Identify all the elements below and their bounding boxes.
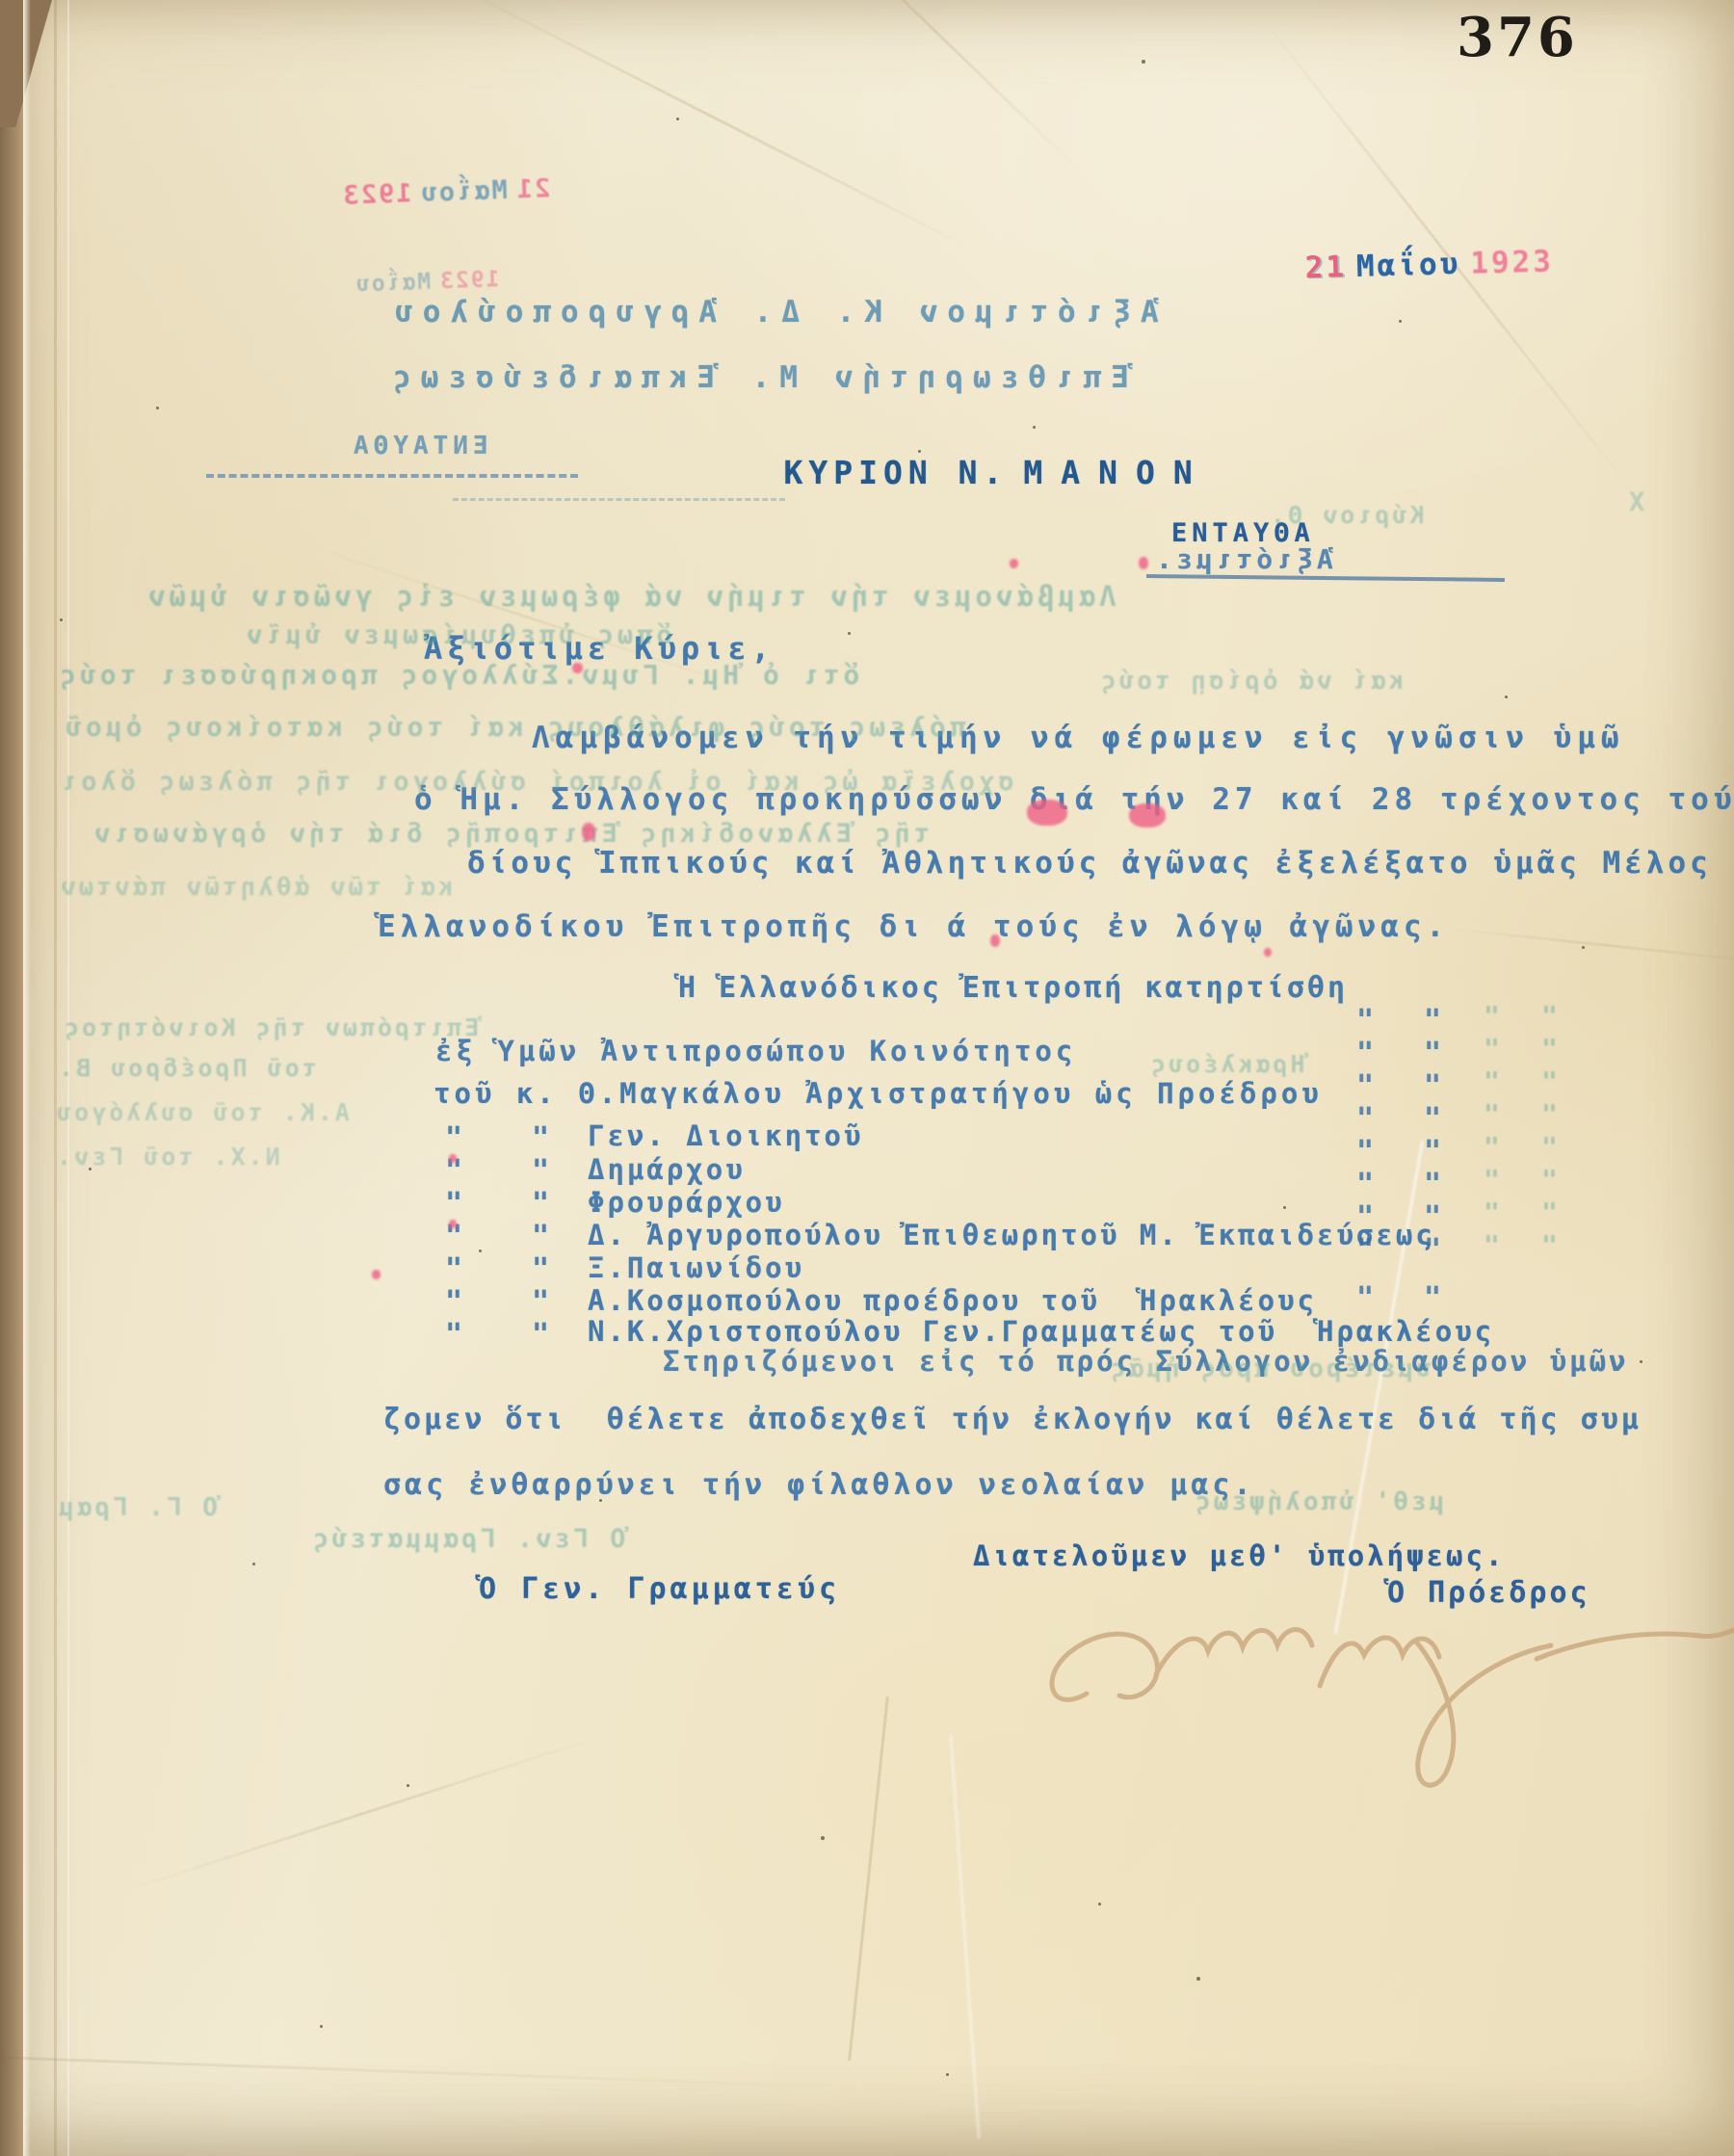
right-ghost-ditto-column: " xyxy=(1484,1164,1500,1196)
underline-rule xyxy=(1146,574,1505,582)
ghost-line: Ν.Χ. τοῦ Γεν. xyxy=(54,1143,280,1170)
right-ghost-ditto-column: " xyxy=(1541,1033,1558,1065)
right-ghost-ditto-column: " xyxy=(1484,1098,1500,1130)
ghost-line: τοῦ Προέδρου Β. xyxy=(56,1054,317,1082)
right-ghost-ditto-column: " xyxy=(1484,1000,1500,1032)
red-ink-speck xyxy=(1010,559,1018,568)
ghost-place-mirrored: ΕΝΤΑΥΘΑ xyxy=(349,432,488,460)
right-ditto-column: " xyxy=(1356,1281,1374,1315)
right-ghost-ditto-column: " xyxy=(1484,1229,1500,1261)
body-line-8: σας ἐνθαρρύνει τήν φίλαθλον νεολαίαν μας… xyxy=(383,1468,1255,1502)
dirt-speck xyxy=(1505,696,1508,698)
dirt-speck xyxy=(1196,1977,1200,1981)
right-ditto-column: " xyxy=(1356,1233,1374,1267)
right-ditto-column: " xyxy=(1424,1102,1441,1136)
left-ditto-column: " xyxy=(532,1187,549,1221)
right-ghost-ditto-column: " xyxy=(1541,1196,1558,1228)
right-ditto-column: " xyxy=(1356,1102,1374,1136)
dirt-speck xyxy=(821,1836,825,1840)
ghost-stamp-month: Μαΐου xyxy=(419,175,508,208)
right-ditto-column: " xyxy=(1356,1135,1374,1169)
right-ditto-column: " xyxy=(1424,1037,1441,1070)
dirt-speck xyxy=(1098,1903,1101,1906)
closing-line: Διατελοῦμεν μεθ' ὑπολήψεως. xyxy=(973,1539,1505,1572)
scanned-letter-page: 376 21Μαΐου1923 1923Μαΐου 21Μαΐου1923 ΚΥ… xyxy=(0,0,1734,2156)
left-ditto-column: " xyxy=(532,1252,549,1286)
right-ghost-ditto-column: " xyxy=(1484,1196,1500,1228)
dirt-speck xyxy=(156,407,159,409)
list-line-8: Α.Κοσμοπούλου προέδρου τοῦ Ἡρακλέους xyxy=(588,1284,1317,1317)
left-ditto-column: " xyxy=(445,1121,462,1155)
ghost-line: τῆς Ἑλλανοδίκης Ἐπιτροπῆς διά τήν ὀργάνω… xyxy=(91,819,930,849)
right-ghost-ditto-column: " xyxy=(1541,1000,1558,1032)
date-stamp-month: Μαΐου xyxy=(1356,247,1461,284)
date-stamp-year: 1923 xyxy=(1470,244,1555,280)
list-line-9: Ν.Κ.Χριστοπούλου Γεν.Γραμματέως τοῦ Ἡρακ… xyxy=(588,1315,1494,1348)
right-ghost-ditto-column: " xyxy=(1541,1065,1558,1097)
dirt-speck xyxy=(1582,946,1585,949)
right-ghost-ditto-column: " xyxy=(1541,1229,1558,1261)
dashed-rule xyxy=(206,474,578,478)
left-ditto-column: " xyxy=(532,1220,549,1253)
right-ditto-column: " xyxy=(1424,1004,1441,1038)
ghost-line: Ὁ Γεν. Γραμματεύς xyxy=(310,1524,625,1554)
red-ink-speck xyxy=(372,1270,381,1279)
list-line-7: Ξ.Παιωνίδου xyxy=(588,1251,804,1284)
signature-title-left: Ὁ Γεν. Γραμματεύς xyxy=(479,1572,840,1606)
dirt-speck xyxy=(1399,320,1402,323)
left-ditto-column: " xyxy=(532,1121,549,1155)
ghost-date-stamp-row2: 1923Μαΐου xyxy=(344,267,500,298)
right-ghost-ditto-column: " xyxy=(1484,1065,1500,1097)
crease xyxy=(788,0,1081,171)
ghost-salutation-mirrored: Ἀξιότιμε. xyxy=(1152,543,1333,575)
right-ghost-ditto-column: " xyxy=(1484,1033,1500,1065)
right-ditto-column: " xyxy=(1356,1168,1374,1201)
ghost-line: Χ xyxy=(1626,487,1644,517)
right-ghost-ditto-column: " xyxy=(1541,1131,1558,1163)
left-ditto-column: " xyxy=(445,1187,462,1221)
list-line-1: ἐξ Ὑμῶν Ἀντιπροσώπου Κοινότητος xyxy=(435,1035,1076,1067)
ghost-line: καί τῶν ἀθλητῶν πάντων xyxy=(58,873,453,902)
crease xyxy=(127,1734,604,1892)
red-ink-speck xyxy=(1139,557,1148,569)
red-ink-speck xyxy=(582,823,595,841)
dashed-rule-faint xyxy=(453,498,785,501)
body-line-5: Ἡ Ἑλλανόδικος Ἐπιτροπή κατηρτίσθη xyxy=(678,971,1348,1005)
left-ditto-column: " xyxy=(532,1285,549,1319)
left-ditto-column: " xyxy=(445,1252,462,1286)
right-ditto-column: " xyxy=(1356,1004,1374,1038)
right-ditto-column: " xyxy=(1356,1037,1374,1070)
date-stamp-day: 21 xyxy=(1304,250,1347,285)
ghost-line: Ἐπιτρόπων τῆς Κοινότητος xyxy=(62,1013,479,1041)
dirt-speck xyxy=(252,1563,255,1565)
crease xyxy=(0,2056,867,2089)
dirt-speck xyxy=(946,2073,949,2076)
left-ditto-column: " xyxy=(532,1318,549,1352)
right-ditto-column: " xyxy=(1424,1281,1441,1315)
crease xyxy=(1446,927,1734,964)
ghost-line: καί νά ὁρίσῃ τούς xyxy=(1098,667,1404,696)
recipient-title: ΚΥΡΙΟΝ Ν. xyxy=(784,454,1009,491)
right-ditto-column: " xyxy=(1356,1200,1374,1234)
dirt-speck xyxy=(918,450,921,453)
recipient-name: ΜΑΝΟΝ xyxy=(1023,454,1210,491)
dirt-speck xyxy=(676,118,679,120)
paper-left-edge xyxy=(23,0,31,2156)
dirt-speck xyxy=(1142,60,1145,64)
right-ditto-column: " xyxy=(1424,1233,1441,1267)
crease xyxy=(949,1734,980,2138)
body-line-7: ζομεν ὅτι θέλετε ἀποδεχθεῖ τήν ἐκλογήν κ… xyxy=(383,1403,1642,1436)
list-line-4: Δημάρχου xyxy=(588,1153,746,1186)
red-ink-speck xyxy=(1027,800,1067,826)
signature xyxy=(1011,1570,1734,1821)
date-stamp: 21Μαΐου1923 xyxy=(1221,210,1556,323)
red-ink-speck xyxy=(990,934,1000,947)
ghost-stamp-year-2: 1923 xyxy=(438,267,500,294)
red-ink-speck xyxy=(572,663,583,673)
left-ditto-column: " xyxy=(445,1318,462,1352)
right-ghost-ditto-column: " xyxy=(1541,1098,1558,1130)
right-ditto-column: " xyxy=(1424,1135,1441,1169)
dirt-speck xyxy=(1640,1360,1642,1363)
red-ink-speck xyxy=(1129,803,1166,828)
list-line-2: τοῦ κ. Θ.Μαγκάλου Ἀρχιστρατήγου ὡς Προέδ… xyxy=(433,1077,1323,1110)
crease xyxy=(848,1696,889,2061)
body-line-3: δίους Ἱππικούς καί Ἀθλητικούς ἀγῶνας ἐξε… xyxy=(467,846,1712,881)
ghost-line: ὅτι ὁ Ἡμ. Γυμν.Σύλλογος προκηρύσσει τούς xyxy=(56,659,859,691)
red-ink-speck xyxy=(1264,948,1272,957)
right-ditto-column: " xyxy=(1356,1069,1374,1103)
ghost-line: Κύριον Θ. xyxy=(1268,501,1424,529)
ghost-line: Α.Κ. τοῦ συλλόγου xyxy=(54,1098,350,1126)
right-ghost-ditto-column: " xyxy=(1484,1131,1500,1163)
right-ditto-column: " xyxy=(1424,1069,1441,1103)
ghost-line: πόλεως τούς φιλάθλους καί τούς κατοίκους… xyxy=(62,711,966,743)
ghost-stamp-month-2: Μαΐου xyxy=(354,270,431,298)
dirt-speck xyxy=(407,1784,409,1787)
dirt-speck xyxy=(1033,426,1036,429)
left-ditto-column: " xyxy=(532,1154,549,1188)
red-ink-speck xyxy=(449,1220,457,1228)
ghost-line: Ὁ Γ. Γραμ xyxy=(56,1493,218,1522)
right-ditto-column: " xyxy=(1424,1200,1441,1234)
backing-board-edge xyxy=(0,0,23,2156)
ghost-line: μεθ' ὑπολήψεως xyxy=(1193,1487,1444,1516)
dirt-speck xyxy=(320,2025,323,2028)
recipient-line: ΚΥΡΙΟΝ Ν.ΜΑΝΟΝ xyxy=(747,435,1211,510)
ghost-stamp-year: 1923 xyxy=(341,178,412,211)
dirt-speck xyxy=(599,1499,602,1502)
ghost-date-stamp-row1: 21Μαΐου1923 xyxy=(341,173,551,211)
right-ditto-column: " xyxy=(1424,1168,1441,1201)
dirt-speck xyxy=(60,618,63,621)
ghost-line: Ἡρακλέους xyxy=(1148,1050,1304,1078)
ghost-line: ὑμετέρου πρός ἡμᾶς xyxy=(1108,1354,1432,1383)
dirt-speck xyxy=(89,1168,92,1170)
ghost-line: ὅπως ὑπεθυμίσωμεν ὑμῖν xyxy=(243,620,672,650)
ghost-recipient-line-2: Ἐπιθεωρητήν Μ. Ἐκπαιδεύσεως xyxy=(383,360,1129,395)
left-ditto-column: " xyxy=(445,1285,462,1319)
ghost-line: Λαμβάνομεν τήν τιμήν νά φέρωμεν εἰς γνῶσ… xyxy=(144,580,1117,613)
list-line-6: Δ. Ἀργυροπούλου Ἐπιθεωρητοῦ Μ. Ἐκπαιδεύσ… xyxy=(588,1219,1435,1251)
ghost-stamp-day: 21 xyxy=(514,173,551,204)
ghost-line: σχολεῖα ὡς καί οἱ λοιποί σύλλογοι τῆς πό… xyxy=(58,767,1014,797)
dirt-speck xyxy=(479,1249,482,1252)
dirt-speck xyxy=(848,632,851,635)
page-number: 376 xyxy=(1457,6,1578,69)
list-line-5: Φρουράρχου xyxy=(588,1186,785,1219)
red-ink-speck xyxy=(449,1154,457,1163)
right-ghost-ditto-column: " xyxy=(1541,1164,1558,1196)
body-line-4: Ἑλλανοδίκου Ἐπιτροπῆς δι ά τούς ἐν λόγῳ … xyxy=(378,909,1449,944)
ghost-recipient-line-1: Ἀξιότιμον Κ. Δ. Ἀργυροπούλου xyxy=(385,295,1159,329)
dirt-speck xyxy=(1283,1206,1286,1209)
list-line-3: Γεν. Διοικητοῦ xyxy=(588,1119,863,1152)
